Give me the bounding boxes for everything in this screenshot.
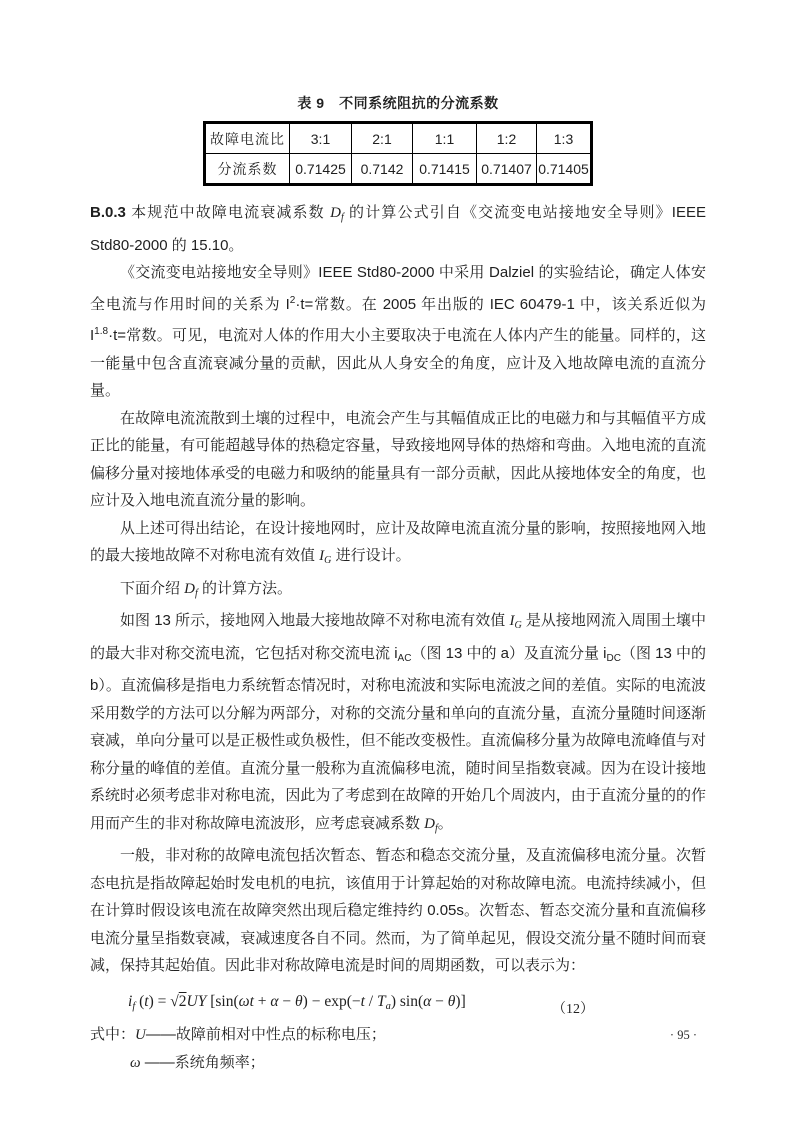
table-cell: 0.71425 (290, 154, 352, 185)
paragraph-b03: B.0.3 本规范中故障电流衰减系数 Df 的计算公式引自《交流变电站接地安全导… (90, 199, 706, 259)
table-row-header: 故障电流比 3:1 2:1 1:1 1:2 1:3 (205, 123, 592, 154)
table-caption: 表 9 不同系统阻抗的分流系数 (90, 93, 706, 113)
table-cell: 故障电流比 (205, 123, 290, 154)
equation-number: （12） (552, 996, 594, 1024)
table-row-values: 分流系数 0.71425 0.7142 0.71415 0.71407 0.71… (205, 154, 592, 185)
equation-expression: if (t) = √2UY [sin(ωt + α − θ) − exp(−t … (128, 988, 466, 1021)
table-cell: 1:3 (537, 123, 592, 154)
table-cell: 3:1 (290, 123, 352, 154)
table-cell: 1:1 (413, 123, 477, 154)
paragraph-asymmetric-current: 一般，非对称的故障电流包括次暂态、暂态和稳态交流分量，及直流偏移电流分量。次暂态… (90, 842, 706, 980)
paragraph-dalziel: 《交流变电站接地安全导则》IEEE Std80-2000 中采用 Dalziel… (90, 259, 706, 405)
table-cell: 0.71405 (537, 154, 592, 185)
where-clause-voltage: 式中：U——故障前相对中性点的标称电压； (90, 1021, 706, 1050)
body-text: B.0.3 本规范中故障电流衰减系数 Df 的计算公式引自《交流变电站接地安全导… (90, 199, 706, 1078)
page-content: 表 9 不同系统阻抗的分流系数 故障电流比 3:1 2:1 1:1 1:2 1:… (90, 0, 706, 1078)
page-number: · 95 · (670, 1028, 697, 1043)
table-cell: 0.71407 (477, 154, 537, 185)
table-cell: 1:2 (477, 123, 537, 154)
paragraph-conclusion: 从上述可得出结论，在设计接地网时，应计及故障电流直流分量的影响，按照接地网入地的… (90, 515, 706, 575)
table-cell: 0.7142 (352, 154, 413, 185)
paragraph-figure13: 如图 13 所示，接地网入地最大接地故障不对称电流有效值 IG 是从接地网流入周… (90, 607, 706, 842)
table-cell: 0.71415 (413, 154, 477, 185)
paragraph-intro-df: 下面介绍 Df 的计算方法。 (90, 575, 706, 608)
where-clause-angular-frequency: ω ——系统角频率； (90, 1049, 706, 1078)
paragraph-soil-current: 在故障电流流散到土壤的过程中，电流会产生与其幅值成正比的电磁力和与其幅值平方成正… (90, 405, 706, 515)
document-page: 表 9 不同系统阻抗的分流系数 故障电流比 3:1 2:1 1:1 1:2 1:… (0, 0, 793, 1122)
table-cell: 分流系数 (205, 154, 290, 185)
equation-12-row: if (t) = √2UY [sin(ωt + α − θ) − exp(−t … (90, 983, 706, 1021)
table-cell: 2:1 (352, 123, 413, 154)
shunt-coefficient-table: 故障电流比 3:1 2:1 1:1 1:2 1:3 分流系数 0.71425 0… (203, 121, 593, 186)
